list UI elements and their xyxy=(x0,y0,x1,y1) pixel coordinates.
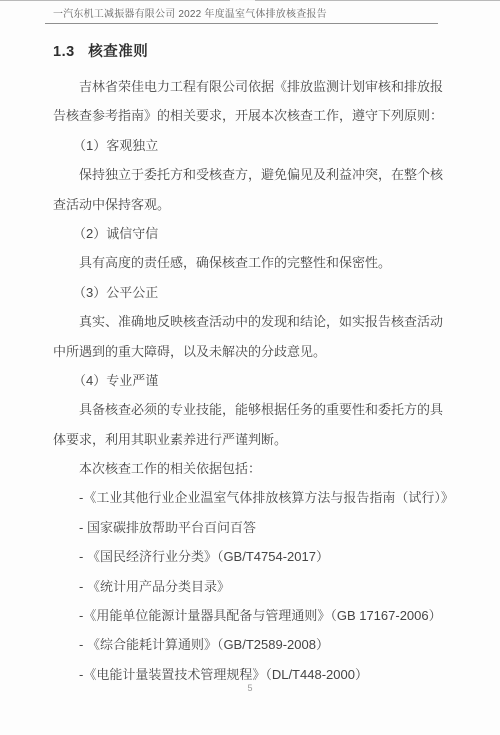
section-title: 核查准则 xyxy=(88,44,148,60)
section-heading: 1.3 核查准则 xyxy=(53,40,148,61)
page-number: 5 xyxy=(247,683,252,693)
body-line: 吉林省荣佳电力工程有限公司依据《排放监测计划审核和排放报 xyxy=(53,72,453,101)
body-line: （1）客观独立 xyxy=(53,131,453,160)
body-line: 告核查参考指南》的相关要求，开展本次核查工作，遵守下列原则： xyxy=(53,101,453,130)
reference-list-item: - 《统计用产品分类目录》 xyxy=(53,572,453,601)
body-line: （2）诚信守信 xyxy=(53,219,453,248)
body-line: 查活动中保持客观。 xyxy=(53,190,453,219)
reference-list-item: - 国家碳排放帮助平台百问百答 xyxy=(53,513,453,542)
document-body: 吉林省荣佳电力工程有限公司依据《排放监测计划审核和排放报 告核查参考指南》的相关… xyxy=(53,72,453,689)
body-line: （4）专业严谨 xyxy=(53,366,453,395)
body-line: 真实、准确地反映核查活动中的发现和结论，如实报告核查活动 xyxy=(53,307,453,336)
body-line: 具备核查必须的专业技能，能够根据任务的重要性和委托方的具 xyxy=(53,395,453,424)
body-line: 中所遇到的重大障碍，以及未解决的分歧意见。 xyxy=(53,337,453,366)
body-line: 保持独立于委托方和受核查方，避免偏见及利益冲突，在整个核 xyxy=(53,160,453,189)
document-page: 一汽东机工减振器有限公司 2022 年度温室气体排放核查报告 1.3 核查准则 … xyxy=(0,0,500,735)
running-header: 一汽东机工减振器有限公司 2022 年度温室气体排放核查报告 xyxy=(45,5,438,24)
page-footer: 5 xyxy=(0,683,500,693)
reference-list-item: - 《国民经济行业分类》（GB/T4754-2017） xyxy=(53,542,453,571)
running-header-title: 一汽东机工减振器有限公司 2022 年度温室气体排放核查报告 xyxy=(53,9,327,20)
reference-list-item: -《工业其他行业企业温室气体排放核算方法与报告指南（试行）》 xyxy=(53,483,453,512)
body-line: 本次核查工作的相关依据包括： xyxy=(53,454,453,483)
section-number: 1.3 xyxy=(53,44,75,60)
page-top-border xyxy=(0,0,500,1)
reference-list-item: -《用能单位能源计量器具配备与管理通则》（GB 17167-2006） xyxy=(53,601,453,630)
page-top-border-notch xyxy=(230,0,255,1)
body-line: （3）公平公正 xyxy=(53,278,453,307)
reference-list-item: - 《综合能耗计算通则》（GB/T2589-2008） xyxy=(53,630,453,659)
body-line: 体要求，利用其职业素养进行严谨判断。 xyxy=(53,425,453,454)
body-line: 具有高度的责任感，确保核查工作的完整性和保密性。 xyxy=(53,248,453,277)
